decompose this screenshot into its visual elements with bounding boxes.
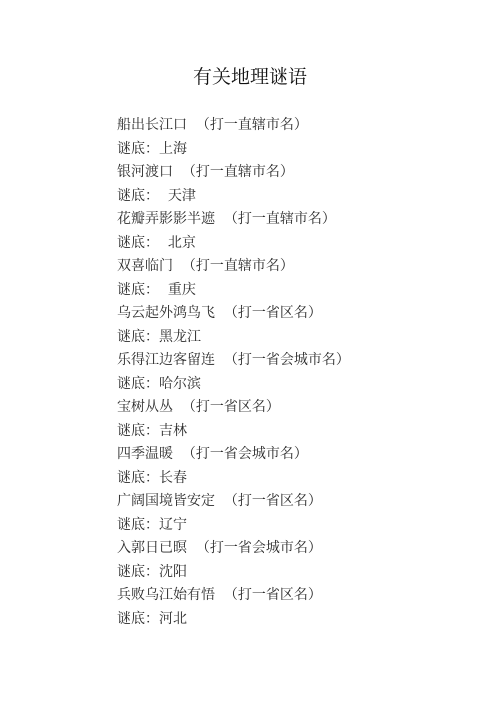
riddle-question: 乌云起外鸿鸟飞 （打一省区名） <box>117 302 350 326</box>
riddle-question: 船出长江口 （打一直辖市名） <box>117 114 350 138</box>
riddle-question: 银河渡口 （打一直辖市名） <box>117 161 350 185</box>
riddle-question: 兵败乌江始有悟 （打一省区名） <box>117 584 350 608</box>
riddle-question: 花瓣弄影影半遮 （打一直辖市名） <box>117 208 350 232</box>
riddle-list: 船出长江口 （打一直辖市名） 谜底：上海 银河渡口 （打一直辖市名） 谜底： 天… <box>117 114 350 631</box>
riddle-question: 入郭日已暝 （打一省会城市名） <box>117 537 350 561</box>
riddle-answer: 谜底：吉林 <box>117 420 350 444</box>
riddle-question: 宝树从丛 （打一省区名） <box>117 396 350 420</box>
riddle-answer: 谜底：辽宁 <box>117 514 350 538</box>
riddle-answer: 谜底： 北京 <box>117 232 350 256</box>
page-title: 有关地理谜语 <box>0 62 500 89</box>
riddle-answer: 谜底：黑龙江 <box>117 326 350 350</box>
riddle-question: 乐得江边客留连 （打一省会城市名） <box>117 349 350 373</box>
riddle-answer: 谜底： 重庆 <box>117 279 350 303</box>
riddle-answer: 谜底：沈阳 <box>117 561 350 585</box>
riddle-question: 四季温暖 （打一省会城市名） <box>117 443 350 467</box>
riddle-answer: 谜底：哈尔滨 <box>117 373 350 397</box>
riddle-question: 广阔国境皆安定 （打一省区名） <box>117 490 350 514</box>
riddle-answer: 谜底：河北 <box>117 608 350 632</box>
riddle-answer: 谜底： 天津 <box>117 185 350 209</box>
riddle-answer: 谜底：长春 <box>117 467 350 491</box>
riddle-answer: 谜底：上海 <box>117 138 350 162</box>
riddle-question: 双喜临门 （打一直辖市名） <box>117 255 350 279</box>
